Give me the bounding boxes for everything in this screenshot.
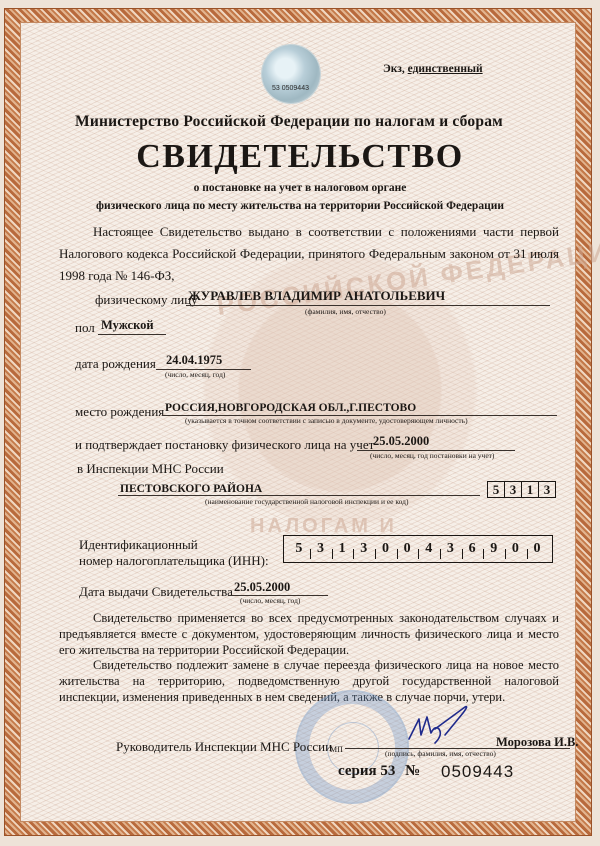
inspection-code-boxes: 5 3 1 3 [487,481,556,498]
birth-date-label: дата рождения [75,356,156,372]
registration-label: и подтверждает постановку физического ли… [75,437,374,453]
inn-digit: 1 [333,541,352,557]
birth-place-value: РОССИЯ,НОВГОРОДСКАЯ ОБЛ.,Г.ПЕСТОВО [165,402,416,414]
issue-date-hint: (число, месяц, год) [240,596,300,605]
sex-value: Мужской [101,318,154,333]
sex-label: пол [75,320,95,336]
hologram-seal: 53 0509443 [262,45,320,103]
inn-digit: 3 [354,541,373,557]
series-value: 53 [380,763,395,779]
person-value: ЖУРАВЛЕВ ВЛАДИМИР АНАТОЛЬЕВИЧ [188,288,445,304]
series-block: серия 53 № [338,763,420,780]
birth-date-hint: (число, месяц, год) [165,370,225,379]
inn-digit: 9 [484,541,503,557]
inn-digit: 0 [376,541,395,557]
signature-role-label: Руководитель Инспекции МНС России [116,739,332,755]
person-hint: (фамилия, имя, отчество) [305,307,386,316]
hologram-serial: 53 0509443 [272,85,309,92]
series-label: серия [338,763,377,779]
person-underline [186,305,550,306]
document-page: РОССИЙСКОЙ ФЕДЕРАЦИИ НАЛОГАМ И 53 050944… [0,0,600,846]
person-label: физическому лицу [95,292,198,308]
signatory-name: Морозова И.В. [496,735,578,750]
stamp-place-mark: МП [330,745,343,754]
intro-paragraph: Настоящее Свидетельство выдано в соответ… [59,221,559,287]
inn-label-line2: номер налогоплательщика (ИНН): [79,553,269,569]
number-sign: № [405,763,420,779]
inspection-code-digit: 3 [539,482,555,497]
signature-icon [405,705,475,745]
copy-label-prefix: Экз, [383,63,405,75]
inn-digit: 0 [506,541,525,557]
inn-digit: 5 [289,541,308,557]
note-paragraph-1: Свидетельство применяется во всех предус… [59,610,559,658]
copy-label-value: единственный [408,63,483,75]
serial-number: 0509443 [441,762,514,782]
signature-hint: (подпись, фамилия, имя, отчество) [385,749,496,758]
birth-place-label: место рождения [75,404,164,420]
note-paragraph-2: Свидетельство подлежит замене в случае п… [59,657,559,705]
birth-place-hint: (указывается в точном соответствии с зап… [185,416,468,425]
inn-digit: 0 [398,541,417,557]
inn-digit: 0 [528,541,547,557]
inspection-code-digit: 1 [522,482,539,497]
document-title: СВИДЕТЕЛЬСТВО [0,138,600,176]
inspection-value: ПЕСТОВСКОГО РАЙОНА [120,483,262,495]
registration-date-hint: (число, месяц, год постановки на учет) [370,451,494,460]
inn-label-line1: Идентификационный [79,537,198,553]
inn-digit: 3 [311,541,330,557]
inspection-label: в Инспекции МНС России [77,461,224,477]
inspection-hint: (наименование государственной налоговой … [205,497,408,506]
inspection-underline [118,495,480,496]
issue-date-label: Дата выдачи Свидетельства [79,584,233,600]
inspection-code-digit: 5 [488,482,505,497]
document-subtitle-2: физического лица по месту жительства на … [0,200,600,212]
issue-date-value: 25.05.2000 [234,580,290,595]
inn-digit: 3 [441,541,460,557]
sex-underline [98,334,166,335]
ministry-heading: Министерство Российской Федерации по нал… [75,113,503,131]
document-subtitle-1: о постановке на учет в налоговом органе [0,182,600,194]
inn-digit-box: 5 3 1 3 0 0 4 3 6 9 0 0 [283,535,553,563]
registration-date-value: 25.05.2000 [373,434,429,449]
birth-date-value: 24.04.1975 [166,353,222,368]
inn-digit: 6 [463,541,482,557]
copy-label: Экз, единственный [383,63,483,75]
inn-digit: 4 [419,541,438,557]
inspection-code-digit: 3 [505,482,522,497]
